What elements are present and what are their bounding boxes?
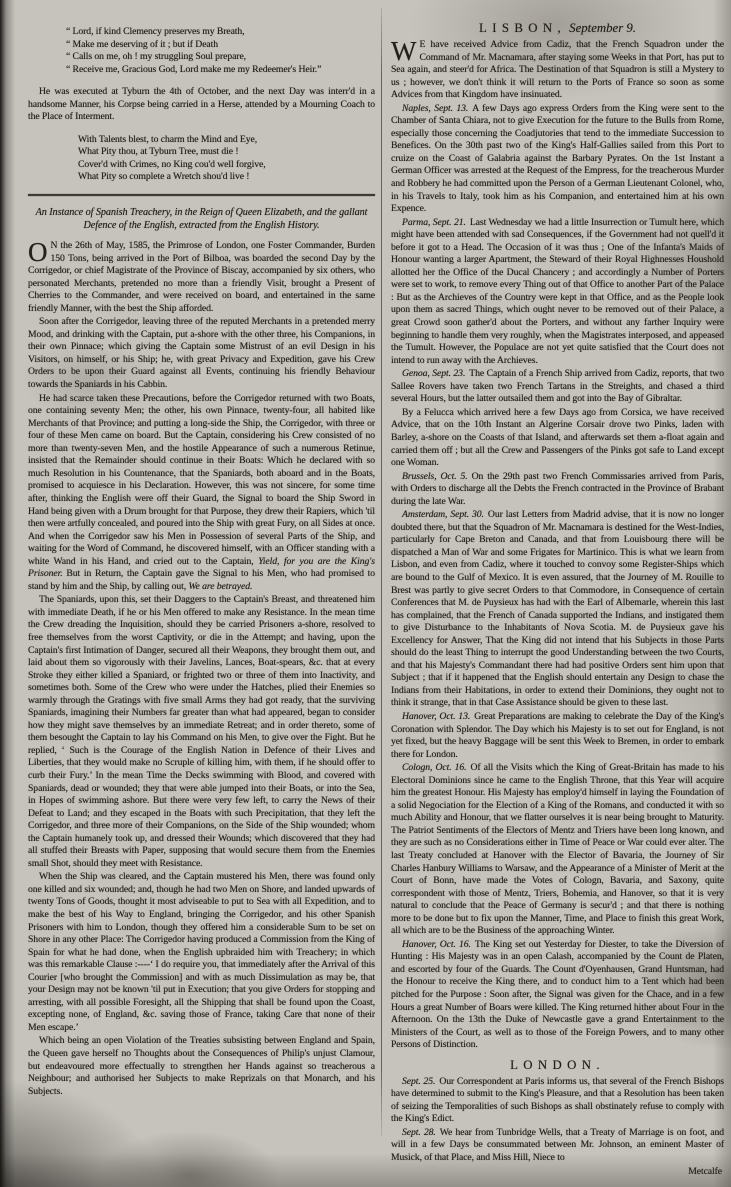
- lisbon-lead-paragraph: WE have received Advice from Cadiz, that…: [391, 39, 724, 102]
- paragraph-text: He had scarce taken these Precautions, b…: [28, 393, 375, 567]
- dateline: Hanover, Oct. 16.: [402, 939, 471, 950]
- paragraph-text: N the 26th of May, 1585, the Primrose of…: [28, 240, 375, 314]
- verse-line: “ Lord, if kind Clemency preserves my Br…: [66, 26, 375, 39]
- london-item-sept25: Sept. 25.Our Correspondent at Paris info…: [391, 1076, 724, 1126]
- london-heading-text: LONDON.: [510, 1058, 605, 1072]
- italic-phrase: We are betrayed.: [188, 581, 252, 592]
- verse-line: “ Make me deserving of it ; but if Death: [66, 39, 375, 52]
- article-paragraph-6: Which being an open Violation of the Tre…: [28, 1035, 375, 1098]
- article-heading: An Instance of Spanish Treachery, in the…: [34, 206, 369, 232]
- catchword: Metcalfe: [391, 1166, 724, 1179]
- news-item-hanover-16: Hanover, Oct. 16.The King set out Yester…: [391, 939, 724, 1052]
- news-item-genoa: Genoa, Sept. 23.The Captain of a French …: [391, 368, 724, 406]
- dateline: Naples, Sept. 13.: [402, 103, 468, 114]
- dateline: Sept. 28.: [402, 1127, 436, 1138]
- news-item-parma: Parma, Sept. 21.Last Wednesday we had a …: [391, 217, 724, 368]
- verse-line: “ Receive me, Gracious God, Lord make me…: [66, 64, 375, 77]
- verse-line: What Pity so complete a Wretch shou'd li…: [78, 171, 375, 184]
- section-divider-rule: [28, 194, 375, 196]
- drop-cap-w: W: [391, 39, 419, 62]
- newspaper-page: “ Lord, if kind Clemency preserves my Br…: [0, 0, 731, 1187]
- paragraph-text: E have received Advice from Cadiz, that …: [391, 39, 724, 100]
- drop-cap-o: O: [28, 240, 51, 263]
- dateline: Amsterdam, Sept. 30.: [402, 509, 484, 520]
- dateline: Sept. 25.: [402, 1076, 435, 1087]
- column-divider-rule: [381, 8, 382, 1136]
- news-text: Our Correspondent at Paris informs us, t…: [391, 1076, 724, 1125]
- dateline: Genoa, Sept. 23.: [402, 368, 465, 379]
- london-item-sept28: Sept. 28.We hear from Tunbridge Wells, t…: [391, 1127, 724, 1165]
- dateline: Brussels, Oct. 5.: [402, 471, 468, 482]
- verse-line: Cover'd with Crimes, no King cou'd well …: [78, 159, 375, 172]
- news-text: Last Wednesday we had a little Insurrect…: [391, 217, 724, 366]
- news-item-cologn: Cologn, Oct. 16.Of all the Visits which …: [391, 762, 724, 938]
- article-paragraph-3: He had scarce taken these Precautions, b…: [28, 393, 375, 594]
- verse-line: What Pity thou, at Tyburn Tree, must die…: [78, 146, 375, 159]
- news-item-brussels: Brussels, Oct. 5.On the 29th past two Fr…: [391, 471, 724, 509]
- news-item-naples: Naples, Sept. 13.A few Days ago express …: [391, 103, 724, 216]
- lisbon-heading: LISBON, September 9.: [391, 20, 724, 36]
- dateline: Parma, Sept. 21.: [402, 217, 466, 228]
- london-heading: LONDON.: [391, 1057, 724, 1073]
- news-text: We hear from Tunbridge Wells, that a Tre…: [391, 1127, 724, 1163]
- verse-line: “ Calls on me, oh ! my struggling Soul p…: [66, 51, 375, 64]
- news-text: A few Days ago express Orders from the K…: [391, 103, 724, 214]
- news-item-hanover-13: Hanover, Oct. 13.Great Preparations are …: [391, 711, 724, 761]
- dateline: Cologn, Oct. 16.: [402, 762, 466, 773]
- lisbon-city-name: LISBON,: [479, 21, 566, 35]
- article-paragraph-5: When the Ship was cleared, and the Capta…: [28, 871, 375, 1034]
- article-paragraph-1: ON the 26th of May, 1585, the Primrose o…: [28, 240, 375, 315]
- article-paragraph-4: The Spaniards, upon this, set their Dagg…: [28, 594, 375, 870]
- news-item-amsterdam: Amsterdam, Sept. 30.Our last Letters fro…: [391, 509, 724, 710]
- lisbon-date: September 9.: [569, 21, 636, 35]
- verse-line: With Talents blest, to charm the Mind an…: [78, 134, 375, 147]
- execution-paragraph: He was executed at Tyburn the 4th of Oct…: [28, 86, 375, 124]
- left-column: “ Lord, if kind Clemency preserves my Br…: [28, 26, 375, 1099]
- tyburn-verse: With Talents blest, to charm the Mind an…: [78, 134, 375, 184]
- news-item-felucca: By a Felucca which arrived here a few Da…: [391, 407, 724, 470]
- dateline: Hanover, Oct. 13.: [402, 711, 470, 722]
- right-column: LISBON, September 9. WE have received Ad…: [391, 20, 724, 1178]
- news-text: Of all the Visits which the King of Grea…: [391, 762, 724, 936]
- news-text: The King set out Yesterday for Diester, …: [391, 939, 724, 1050]
- news-text: By a Felucca which arrived here a few Da…: [391, 407, 724, 468]
- news-text: Our last Letters from Madrid advise, tha…: [391, 509, 724, 708]
- article-paragraph-2: Soon after the Corrigedor, leaving three…: [28, 316, 375, 391]
- epitaph-verse: “ Lord, if kind Clemency preserves my Br…: [66, 26, 375, 76]
